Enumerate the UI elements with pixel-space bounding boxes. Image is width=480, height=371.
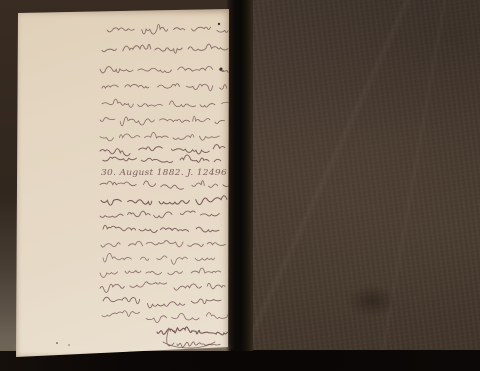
handwriting-line: [102, 311, 230, 323]
handwriting-line: [100, 211, 219, 218]
signature-flourish: [157, 327, 229, 348]
book-cover: [229, 0, 480, 350]
handwriting-line: [100, 268, 221, 277]
handwriting-line: [100, 116, 225, 126]
handwriting-line: [102, 84, 227, 91]
manuscript-page: 30. August 1882. J. 12496: [15, 9, 230, 359]
handwriting-line: [102, 44, 228, 53]
archival-scan: 30. August 1882. J. 12496: [0, 0, 480, 371]
handwriting-line: [103, 253, 215, 264]
ink-speck: [218, 23, 220, 25]
handwriting-svg: 30. August 1882. J. 12496: [15, 9, 230, 359]
ink-speck: [68, 344, 69, 345]
handwriting-line: [103, 225, 219, 232]
handwriting-line: [100, 181, 230, 190]
ink-speck: [222, 70, 223, 71]
handwriting-line: [100, 66, 230, 73]
handwriting-line: [101, 196, 227, 205]
handwriting-line: [101, 241, 225, 248]
handwriting-line: [100, 282, 225, 293]
date-line-text: 30. August 1882. J. 12496: [101, 168, 227, 178]
handwriting-line: [103, 155, 221, 163]
cover-scratches: [229, 0, 480, 350]
handwriting-line: [107, 24, 228, 34]
handwriting-line: [102, 99, 229, 107]
handwriting-line: [103, 297, 221, 308]
handwriting-line: [100, 132, 219, 141]
handwriting-line: [100, 144, 225, 155]
ink-speck: [220, 68, 223, 71]
binding-gutter-shadow: [226, 0, 253, 352]
ink-speck: [56, 342, 58, 344]
